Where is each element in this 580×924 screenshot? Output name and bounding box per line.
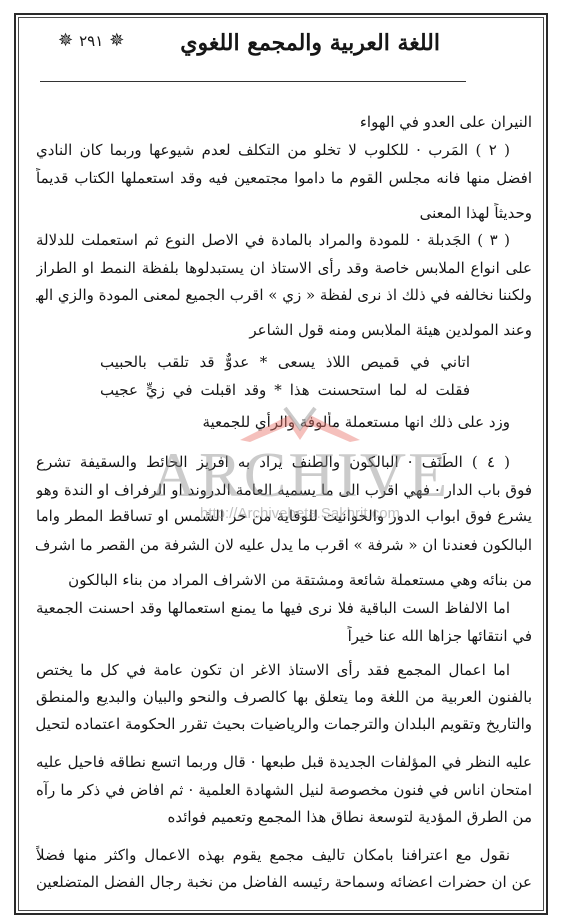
star-ornament-icon: ✵ [58, 32, 73, 50]
running-header: ✵ ٢٩١ ✵ اللغة العربية والمجمع اللغوي [40, 30, 540, 70]
text-line: في انتقائها جزاها الله عنا خيراً [36, 626, 532, 646]
verse-line: اتاني في قميص اللاذ يسعى * عدوٌّ قد تلقب… [100, 352, 470, 372]
header-rule [40, 81, 466, 82]
text-line: ( ٣ ) الجَدبلة · للمودة والمراد بالمادة … [36, 230, 532, 250]
text-line: امتحان اناس في فنون مخصوصة لنيل الشهادة … [36, 780, 532, 800]
text-line: على انواع الملابس خاصة وقد رأى الاستاذ ا… [36, 258, 532, 278]
text-line: والتاريخ وتقويم البلدان والترجمات والريا… [36, 714, 532, 734]
text-line: اما الالفاظ الست الباقية فلا نرى فيها ما… [36, 598, 532, 618]
text-line: فوق باب الدار · فهي اقرب الى ما يسميه ال… [36, 480, 532, 500]
text-line: عن ان حضرات اعضائه وسماحة رئيسه الفاضل م… [36, 872, 532, 892]
text-line: النيران على العدو في الهواء [36, 112, 532, 132]
text-line: عليه النظر في المؤلفات الجديدة قبل طبعها… [36, 752, 532, 772]
text-line: وزد على ذلك انها مستعملة مألوفة والرأي ل… [36, 412, 532, 432]
text-line: ( ٢ ) المَرب · للكلوب لا تخلو من التكلف … [36, 140, 532, 160]
page-number-group: ✵ ٢٩١ ✵ [58, 32, 124, 50]
text-line: افضل منها فانه مجلس القوم ما داموا مجتمع… [36, 168, 532, 188]
text-line: بالفنون العربية من اللغة وما يتعلق بها ك… [36, 687, 532, 707]
verse-line: فقلت له لما استحسنت هذا * وقد اقبلت في ز… [100, 380, 470, 400]
text-line: من الطرق المؤدية لتوسعة نطاق هذا المجمع … [36, 807, 532, 827]
text-line: اما اعمال المجمع فقد رأى الاستاذ الاغر ا… [36, 660, 532, 680]
text-line: ولكننا نخالفه في ذلك اذ نرى لفظة « زي » … [36, 285, 532, 305]
running-title: اللغة العربية والمجمع اللغوي [180, 30, 440, 56]
text-line: وعند المولدين هيئة الملابس ومنه قول الشا… [36, 320, 532, 340]
text-line: وحديثاً لهذا المعنى [36, 203, 532, 223]
page-number: ٢٩١ [79, 32, 103, 50]
text-line: ( ٤ ) الطَنَف · البالكون والطنف يراد به … [36, 452, 532, 472]
star-ornament-icon: ✵ [109, 32, 124, 50]
text-line: من بنائه وهي مستعملة شائعة ومشتقة من الا… [36, 570, 532, 590]
text-line: يشرع فوق ابواب الدور والحوانيت للوقاية م… [36, 506, 532, 526]
text-line: البالكون فعندنا ان « شرفة » اقرب ما يدل … [36, 535, 532, 555]
text-line: نقول مع اعترافنا بامكان تاليف مجمع يقوم … [36, 845, 532, 865]
